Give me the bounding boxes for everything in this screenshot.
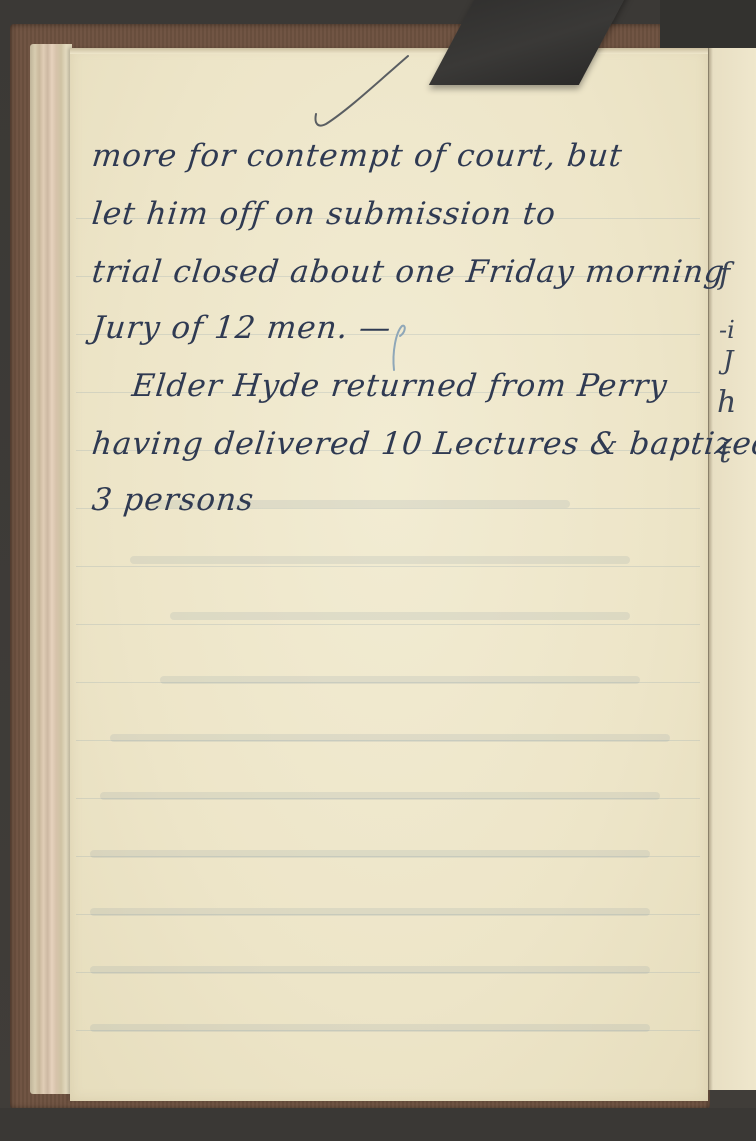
right-page: f -i J h ŧ: [708, 48, 756, 1090]
bleed-through-text: [90, 966, 650, 974]
right-page-fragment: -i: [719, 318, 735, 342]
handwritten-line: more for contempt of court, but: [90, 138, 624, 174]
handwritten-line: Elder Hyde returned from Perry: [130, 368, 669, 404]
bleed-through-text: [160, 676, 640, 684]
handwritten-line: Jury of 12 men. —: [90, 310, 393, 346]
bleed-through-text: [130, 556, 630, 564]
bleed-through-text: [170, 612, 630, 620]
right-page-fragment: h: [717, 388, 736, 418]
bookmark-ribbon-shadow: [660, 0, 756, 48]
bleed-through-text: [90, 908, 650, 916]
handwritten-line: trial closed about one Friday morning: [90, 254, 727, 290]
check-mark-icon: [308, 52, 418, 132]
bleed-through-text: [90, 1024, 650, 1032]
ruled-line: [76, 624, 700, 625]
bleed-through-text: [90, 850, 650, 858]
handwritten-line: having delivered 10 Lectures & baptized: [90, 426, 756, 462]
right-page-fragment: J: [723, 348, 733, 374]
bleed-through-text: [110, 734, 670, 742]
handwritten-line: 3 persons: [90, 482, 256, 518]
page-edges: [30, 44, 72, 1094]
pencil-mark-icon: [388, 322, 408, 372]
background-bottom: [0, 1108, 756, 1141]
handwritten-line: let him off on submission to: [90, 196, 558, 232]
bleed-through-text: [100, 792, 660, 800]
ruled-line: [76, 566, 700, 567]
